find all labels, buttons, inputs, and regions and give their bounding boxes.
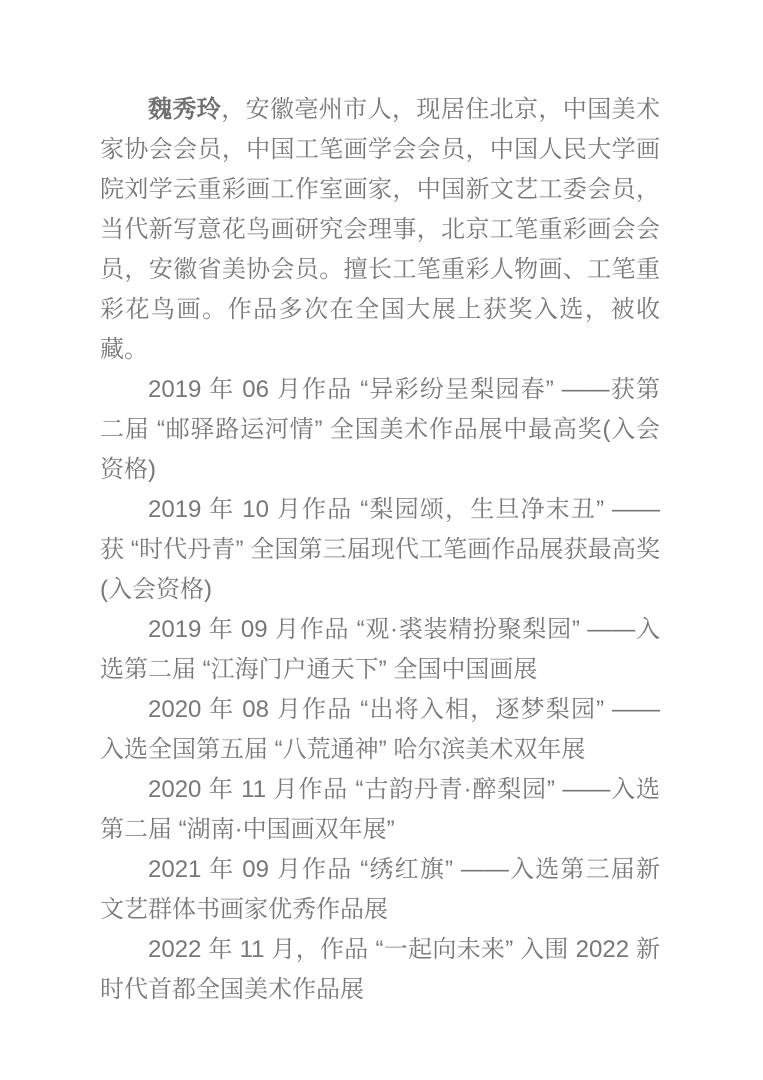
achievement-paragraph: 2022 年 11 月，作品 “一起向未来” 入围 2022 新时代首都全国美术… — [100, 930, 660, 1010]
document-page: 魏秀玲，安徽亳州市人，现居住北京，中国美术家协会会员，中国工笔画学会会员，中国人… — [0, 0, 763, 1080]
achievement-paragraph: 2019 年 09 月作品 “观·裘装精扮聚梨园” ——入选第二届 “江海门户通… — [100, 610, 660, 690]
bio-paragraph: 魏秀玲，安徽亳州市人，现居住北京，中国美术家协会会员，中国工笔画学会会员，中国人… — [100, 90, 660, 370]
achievement-paragraph: 2019 年 06 月作品 “异彩纷呈梨园春” ——获第二届 “邮驿路运河情” … — [100, 370, 660, 490]
achievement-paragraph: 2020 年 08 月作品 “出将入相，逐梦梨园” ——入选全国第五届 “八荒通… — [100, 690, 660, 770]
achievement-paragraph: 2020 年 11 月作品 “古韵丹青·醉梨园” ——入选第二届 “湖南·中国画… — [100, 770, 660, 850]
artist-name: 魏秀玲 — [148, 96, 221, 123]
bio-text: ，安徽亳州市人，现居住北京，中国美术家协会会员，中国工笔画学会会员，中国人民大学… — [100, 96, 660, 363]
achievement-paragraph: 2019 年 10 月作品 “梨园颂，生旦净末丑” ——获 “时代丹青” 全国第… — [100, 490, 660, 610]
achievement-paragraph: 2021 年 09 月作品 “绣红旗” ——入选第三届新文艺群体书画家优秀作品展 — [100, 850, 660, 930]
document-body: 魏秀玲，安徽亳州市人，现居住北京，中国美术家协会会员，中国工笔画学会会员，中国人… — [100, 90, 660, 1010]
